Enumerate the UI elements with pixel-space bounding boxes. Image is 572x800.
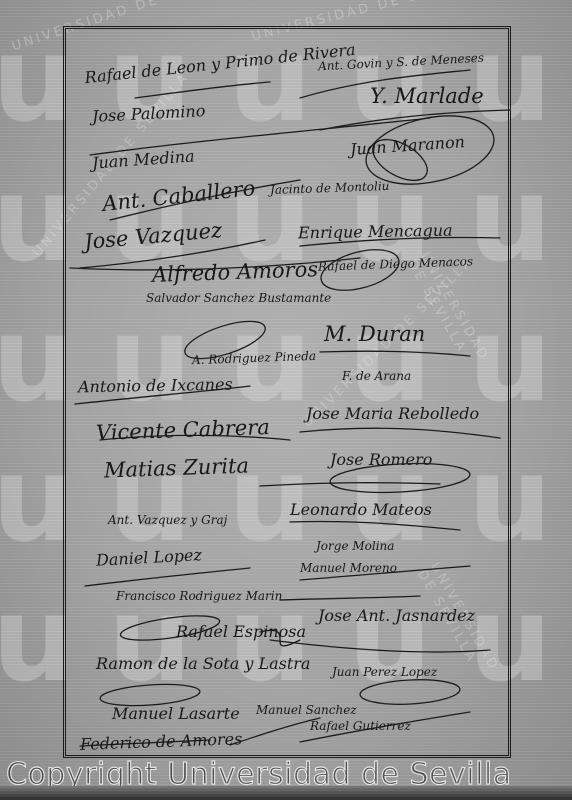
signature: Leonardo Mateos [290, 502, 432, 518]
signature-flourishes [0, 0, 572, 800]
signature: Jose Maria Rebolledo [306, 406, 479, 422]
signature: Francisco Rodriguez Marin [116, 590, 282, 602]
signature: Manuel Lasarte [112, 706, 240, 722]
signature: Ramon de la Sota y Lastra [96, 656, 310, 672]
signature: Matias Zurita [104, 455, 250, 481]
signature: Rafael Gutierrez [310, 720, 411, 732]
signature: Y. Marlade [370, 86, 484, 107]
signature: Manuel Sanchez [256, 704, 357, 716]
signature: Jose Romero [330, 452, 432, 468]
signature: Alfredo Amoros [152, 259, 319, 286]
signature: Enrique Mencagua [298, 223, 453, 242]
signature: Manuel Moreno [300, 562, 397, 574]
signature: Antonio de Ixcanes [78, 377, 233, 396]
signature: Ant. Vazquez y Graj [108, 514, 227, 526]
signature: Rafael Espinosa [176, 624, 306, 640]
signature: Jorge Molina [316, 540, 394, 552]
scan-edge [0, 786, 572, 800]
signature: Juan Perez Lopez [332, 666, 437, 678]
signature: Jose Ant. Jasnardez [318, 608, 475, 624]
document-page: u u u u u u u u u u u u u u u u u u u u … [0, 0, 572, 800]
signature: M. Duran [324, 324, 425, 345]
signature: F. de Arana [342, 370, 411, 382]
signature: Salvador Sanchez Bustamante [146, 292, 331, 304]
